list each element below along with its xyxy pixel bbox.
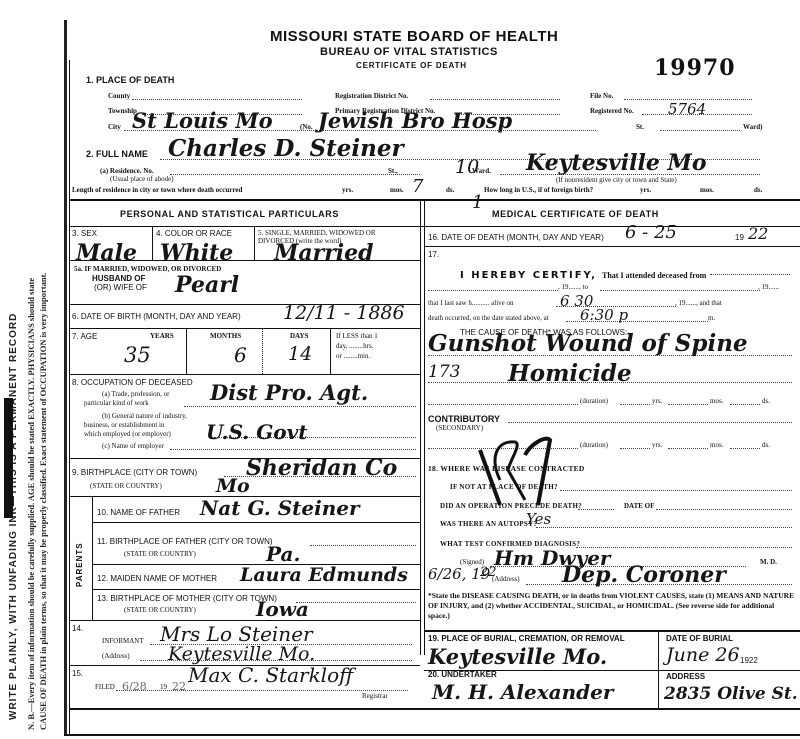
- nonresident-note: (If nonresident give city or town and St…: [556, 176, 677, 184]
- city-label: City: [108, 123, 121, 131]
- father-value: Nat G. Steiner: [200, 496, 360, 520]
- duration-1-field[interactable]: [428, 404, 578, 405]
- margin-bar: [4, 398, 13, 518]
- registrar-value: Max C. Starkloff: [188, 663, 353, 687]
- duration-2-mos-field[interactable]: [668, 448, 708, 449]
- full-name-label: 2. FULL NAME: [86, 149, 148, 159]
- attended-from-date-field[interactable]: [428, 290, 558, 291]
- occ-b-value: U.S. Govt: [206, 420, 308, 444]
- spouse-label-2: HUSBAND OF: [92, 274, 145, 283]
- filed-label: FILED: [95, 683, 115, 691]
- informant-num: 14.: [72, 624, 83, 633]
- duration-2-yrs-field[interactable]: [620, 448, 650, 449]
- residence-field[interactable]: [170, 174, 420, 175]
- less-than-2: day, ........hrs.: [336, 342, 373, 350]
- certificate-number: 19970: [654, 55, 736, 81]
- race-value: White: [160, 240, 233, 266]
- occ-a-value: Dist Pro. Agt.: [210, 380, 368, 405]
- divider-row-6: [69, 328, 420, 329]
- last-saw-label: that I last saw h.......... alive on: [428, 299, 514, 307]
- length-mos-label: mos.: [390, 186, 404, 194]
- last-saw-year: , 19......, and that: [675, 299, 722, 307]
- race-label: 4. COLOR OR RACE: [156, 229, 232, 238]
- duration-1-mos-field[interactable]: [668, 404, 708, 405]
- burial-value: Keytesville Mo.: [428, 644, 607, 669]
- place-of-death-label: 1. PLACE OF DEATH: [86, 75, 174, 85]
- registrar-label: Registrar: [362, 692, 388, 700]
- father-bp-field[interactable]: [310, 545, 416, 546]
- st-label: St.: [636, 123, 644, 131]
- burial-label: 19. PLACE OF BURIAL, CREMATION, OR REMOV…: [428, 634, 625, 643]
- institution-value: Jewish Bro Hosp: [318, 108, 512, 133]
- address-value: Dep. Coroner: [562, 562, 726, 588]
- mother-bp-state-label: (STATE OR COUNTRY): [124, 606, 196, 614]
- reg-district-label: Registration District No.: [335, 92, 408, 100]
- duration-1-yrs-field[interactable]: [620, 404, 650, 405]
- file-no-label: File No.: [590, 92, 613, 100]
- occ-b-label-1: (b) General nature of industry,: [102, 412, 187, 420]
- spouse-value: Pearl: [175, 272, 239, 298]
- undertaker-value: M. H. Alexander: [432, 680, 613, 704]
- autopsy-field[interactable]: [536, 527, 792, 528]
- divider-row-3: [69, 260, 420, 261]
- ward-label: Ward): [743, 123, 762, 131]
- address-label: (Address): [492, 575, 520, 583]
- signed-suffix: M. D.: [760, 558, 777, 566]
- cause-code: 173: [428, 362, 460, 382]
- certify-text: That I attended deceased from: [602, 271, 706, 280]
- institution-label: (No.: [300, 123, 313, 131]
- duration-2-label: (duration): [580, 441, 608, 449]
- duration-1-label: (duration): [580, 397, 608, 405]
- certify-head: I HEREBY CERTIFY,: [460, 270, 597, 281]
- father-bp-label: 11. BIRTHPLACE OF FATHER (CITY OR TOWN): [97, 537, 273, 546]
- residence-st-label: St.,: [388, 167, 398, 175]
- filed-year: 22: [172, 680, 186, 693]
- age-label: 7. AGE: [72, 332, 97, 341]
- birthplace-value: Sheridan Co: [246, 455, 397, 481]
- attended-to-field[interactable]: [600, 290, 760, 291]
- dod-label: 16. DATE OF DEATH (MONTH, DAY AND YEAR): [428, 233, 604, 242]
- certify-line: I HEREBY CERTIFY, That I attended deceas…: [460, 263, 706, 282]
- father-label: 10. NAME OF FATHER: [97, 508, 180, 517]
- duration-2-mos: mos.: [710, 441, 723, 449]
- full-name-value: Charles D. Steiner: [168, 135, 404, 162]
- birthplace-state-value: Mo: [216, 475, 250, 497]
- form-title: MISSOURI STATE BOARD OF HEALTH: [270, 28, 558, 45]
- parents-divider: [92, 496, 93, 620]
- death-occurred-label: death occurred, on the date stated above…: [428, 314, 549, 322]
- not-place-label: IF NOT AT PLACE OF DEATH?: [450, 483, 558, 491]
- divider-top-section: [69, 199, 800, 201]
- form-name: CERTIFICATE OF DEATH: [356, 61, 467, 70]
- us-yrs-label: yrs.: [640, 186, 651, 194]
- dod-year-prefix: 19: [735, 233, 744, 242]
- occ-a-label-1: (a) Trade, profession, or: [102, 390, 169, 398]
- residence-label: (a) Residence. No.: [100, 167, 154, 175]
- death-m-label: m.: [708, 314, 715, 322]
- divider-burial: [424, 630, 800, 632]
- occ-b-label-3: which employed (or employer): [84, 430, 171, 438]
- center-divider-2: [424, 199, 425, 655]
- footnote: *State the DISEASE CAUSING DEATH, or in …: [428, 591, 796, 621]
- contracted-label: 18. WHERE WAS DISEASE CONTRACTED: [428, 464, 585, 473]
- medical-section-title: MEDICAL CERTIFICATE OF DEATH: [492, 209, 659, 219]
- divider-row-7: [69, 374, 420, 375]
- outer-left-border: [64, 20, 67, 735]
- dob-label: 6. DATE OF BIRTH (MONTH, DAY AND YEAR): [72, 312, 241, 321]
- length-yrs-label: yrs.: [342, 186, 353, 194]
- margin-note-2: CAUSE OF DEATH in plain terms, so that i…: [38, 272, 48, 730]
- undertaker-label: 20. UNDERTAKER: [428, 670, 497, 679]
- divider-section-heads: [69, 226, 800, 227]
- item-17: 17.: [428, 250, 439, 259]
- occ-b-label-2: business, or establishment in: [84, 421, 165, 429]
- divider-row-10: [92, 522, 420, 523]
- county-field[interactable]: [132, 99, 302, 100]
- months-value: 6: [234, 343, 247, 367]
- not-place-field[interactable]: [560, 490, 792, 491]
- length-residence-label: Length of residence in city or town wher…: [72, 186, 242, 194]
- burial-date-value: June 26: [666, 644, 740, 666]
- months-label: MONTHS: [210, 332, 241, 340]
- form-subtitle: BUREAU OF VITAL STATISTICS: [320, 46, 498, 58]
- city-value: St Louis Mo: [132, 108, 273, 133]
- divider-row-13: [69, 620, 420, 621]
- occ-c-label: (c) Name of employer: [102, 442, 164, 450]
- marital-value: Married: [274, 240, 374, 266]
- father-bp-state-label: (STATE OR COUNTRY): [124, 550, 196, 558]
- duration-1-mos: mos.: [710, 397, 723, 405]
- divider-dod: [424, 246, 800, 247]
- informant-label: INFORMANT: [102, 637, 144, 645]
- mother-value: Laura Edmunds: [240, 564, 408, 586]
- informant-address-label: (Address): [102, 652, 130, 660]
- autopsy-label: WAS THERE AN AUTOPSY?: [440, 520, 537, 528]
- residence-sub-label: (Usual place of abode): [110, 175, 174, 183]
- contributory-field[interactable]: [508, 422, 792, 423]
- operation-field[interactable]: [578, 509, 614, 510]
- divider-days-less: [330, 328, 331, 374]
- operation-label: DID AN OPERATION PRECEDE DEATH?: [440, 502, 582, 510]
- birthplace-label: 9. BIRTHPLACE (CITY OR TOWN): [72, 468, 197, 477]
- autopsy-value: Yes: [526, 510, 551, 528]
- personal-section-title: PERSONAL AND STATISTICAL PARTICULARS: [120, 209, 339, 219]
- mother-label: 12. MAIDEN NAME OF MOTHER: [97, 574, 217, 583]
- margin-note-1: N. B.—Every item of information should b…: [26, 278, 36, 730]
- less-than-3: or ........min.: [336, 352, 370, 360]
- divider-bottom: [69, 708, 800, 710]
- divider-years-months: [186, 328, 187, 374]
- residence-city-value: Keytesville Mo: [526, 150, 707, 176]
- line-19b: , 19......: [758, 283, 779, 291]
- sex-label: 3. SEX: [72, 229, 97, 238]
- contributory-label: CONTRIBUTORY: [428, 414, 500, 424]
- father-bp-value: Pa.: [266, 542, 300, 566]
- duration-1-yrs: yrs.: [652, 397, 662, 405]
- duration-2-ds: ds.: [762, 441, 770, 449]
- dod-value: 6 - 25: [625, 222, 677, 243]
- burial-date-label: DATE OF BURIAL: [666, 634, 733, 643]
- sex-value: Male: [76, 240, 137, 266]
- divider-race-marital: [254, 226, 255, 260]
- duration-2-ds-field[interactable]: [730, 448, 760, 449]
- less-than-1: If LESS than 1: [336, 332, 378, 340]
- bottom-border: [64, 734, 800, 736]
- spouse-label-3: (OR) WIFE OF: [94, 283, 147, 292]
- occupation-label: 8. OCCUPATION OF DECEASED: [72, 378, 193, 387]
- dob-value: 12/11 - 1886: [283, 302, 405, 324]
- duration-1-ds-field[interactable]: [730, 404, 760, 405]
- occ-c-field[interactable]: [170, 449, 416, 450]
- registered-no-label: Registered No.: [590, 107, 634, 115]
- birthplace-state-label: (STATE OR COUNTRY): [90, 482, 162, 490]
- ward-field[interactable]: [660, 130, 740, 131]
- divider-row-12: [92, 589, 420, 590]
- days-label: DAYS: [290, 332, 308, 340]
- reg-district-field[interactable]: [430, 99, 560, 100]
- inner-left-border: [69, 60, 70, 735]
- undertaker-address-label: ADDRESS: [666, 672, 705, 681]
- length-ds-value: 1: [472, 192, 483, 213]
- registered-no-value: 5764: [668, 100, 706, 118]
- parents-label: PARENTS: [75, 542, 84, 587]
- burial-year: 1922: [740, 656, 758, 665]
- divider-months-days: [262, 328, 264, 374]
- length-mos-value: 7: [412, 176, 423, 197]
- filed-date: 6/28: [122, 680, 147, 693]
- mother-bp-label: 13. BIRTHPLACE OF MOTHER (CITY OR TOWN): [97, 594, 277, 603]
- years-value: 35: [124, 343, 151, 367]
- us-ds-label: ds.: [754, 186, 762, 194]
- years-label: YEARS: [150, 332, 174, 340]
- us-mos-label: mos.: [700, 186, 714, 194]
- cause-value: Gunshot Wound of Spine: [428, 330, 748, 357]
- occ-a-field[interactable]: [184, 406, 416, 407]
- operation-date-field[interactable]: [656, 509, 792, 510]
- filed-num: 15.: [72, 669, 83, 678]
- informant-address-value: Keytesville Mo.: [168, 643, 315, 665]
- line-19a: , 19......, to: [558, 283, 588, 291]
- us-residence-label: How long in U.S., if of foreign birth?: [484, 186, 593, 194]
- left-margin: WRITE PLAINLY, WITH UNFADING INK—THIS IS…: [0, 0, 55, 739]
- dod-year: 22: [748, 224, 768, 243]
- occ-a-label-2: particular kind of work: [84, 399, 149, 407]
- duration-2-yrs: yrs.: [652, 441, 662, 449]
- undertaker-address-value: 2835 Olive St.: [664, 684, 798, 704]
- days-value: 14: [288, 343, 312, 365]
- mother-bp-value: Iowa: [256, 597, 309, 621]
- divider-sex-race: [152, 226, 153, 260]
- residence-ward-label: Ward.: [472, 167, 491, 175]
- cause-manner: Homicide: [508, 360, 632, 387]
- county-label: County: [108, 92, 130, 100]
- length-ds-label: ds.: [446, 186, 454, 194]
- attended-from-field[interactable]: [710, 274, 790, 275]
- divider-burial-date: [658, 630, 659, 708]
- date-of-label: DATE OF: [624, 502, 654, 510]
- filed-year-label: 19: [160, 683, 167, 691]
- mother-bp-field[interactable]: [296, 602, 416, 603]
- center-divider-1: [420, 199, 421, 655]
- duration-1-ds: ds.: [762, 397, 770, 405]
- death-time-value: 6:30 p: [580, 306, 628, 324]
